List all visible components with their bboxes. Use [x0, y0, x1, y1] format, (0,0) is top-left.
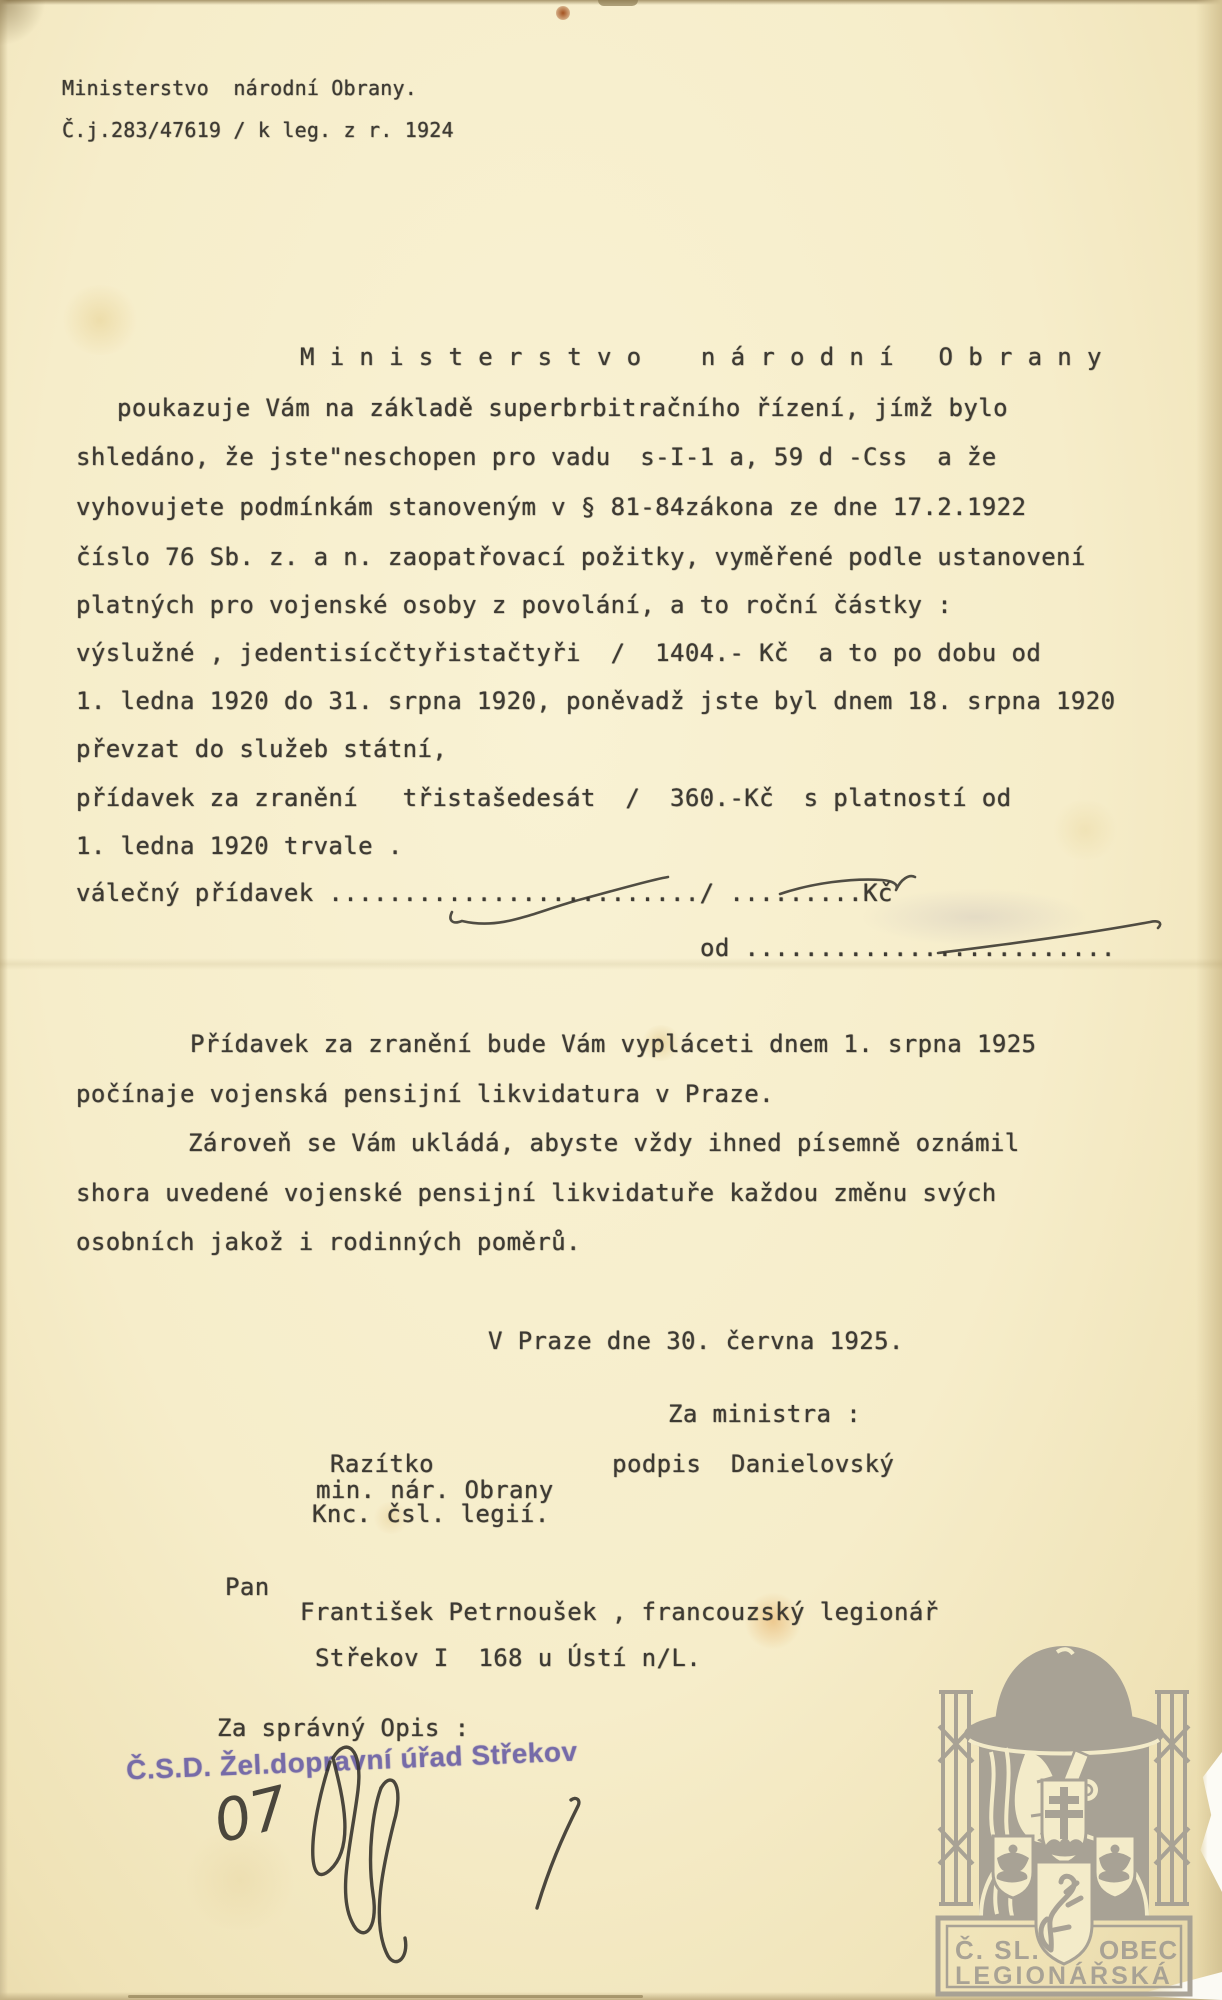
emblem-text-obec: OBEC: [1099, 1935, 1178, 1965]
signature-flourish: [379, 1780, 405, 1962]
silesia-shield: [1095, 1836, 1135, 1898]
moravia-shield: [993, 1836, 1033, 1898]
signature-flourish: [313, 1747, 381, 1933]
strike-through-stroke: [450, 877, 668, 924]
slovak-shield: [1042, 1780, 1086, 1864]
soldier-helmet: [964, 1646, 1164, 1758]
bohemia-lion-shield: [1036, 1862, 1092, 1964]
scanned-document-page: Ministerstvo národní Obrany. Č.j.283/476…: [0, 0, 1222, 2000]
strike-through-stroke: [938, 921, 1160, 953]
emblem-text-csl: Č. SL.: [955, 1935, 1041, 1965]
strike-through-stroke: [780, 876, 915, 894]
signature-stroke: [537, 1798, 579, 1908]
handwritten-digits: 07: [207, 1773, 295, 1857]
legion-emblem: Č. SL. OBEC LEGIONÁŘSKÁ: [935, 1630, 1193, 1998]
